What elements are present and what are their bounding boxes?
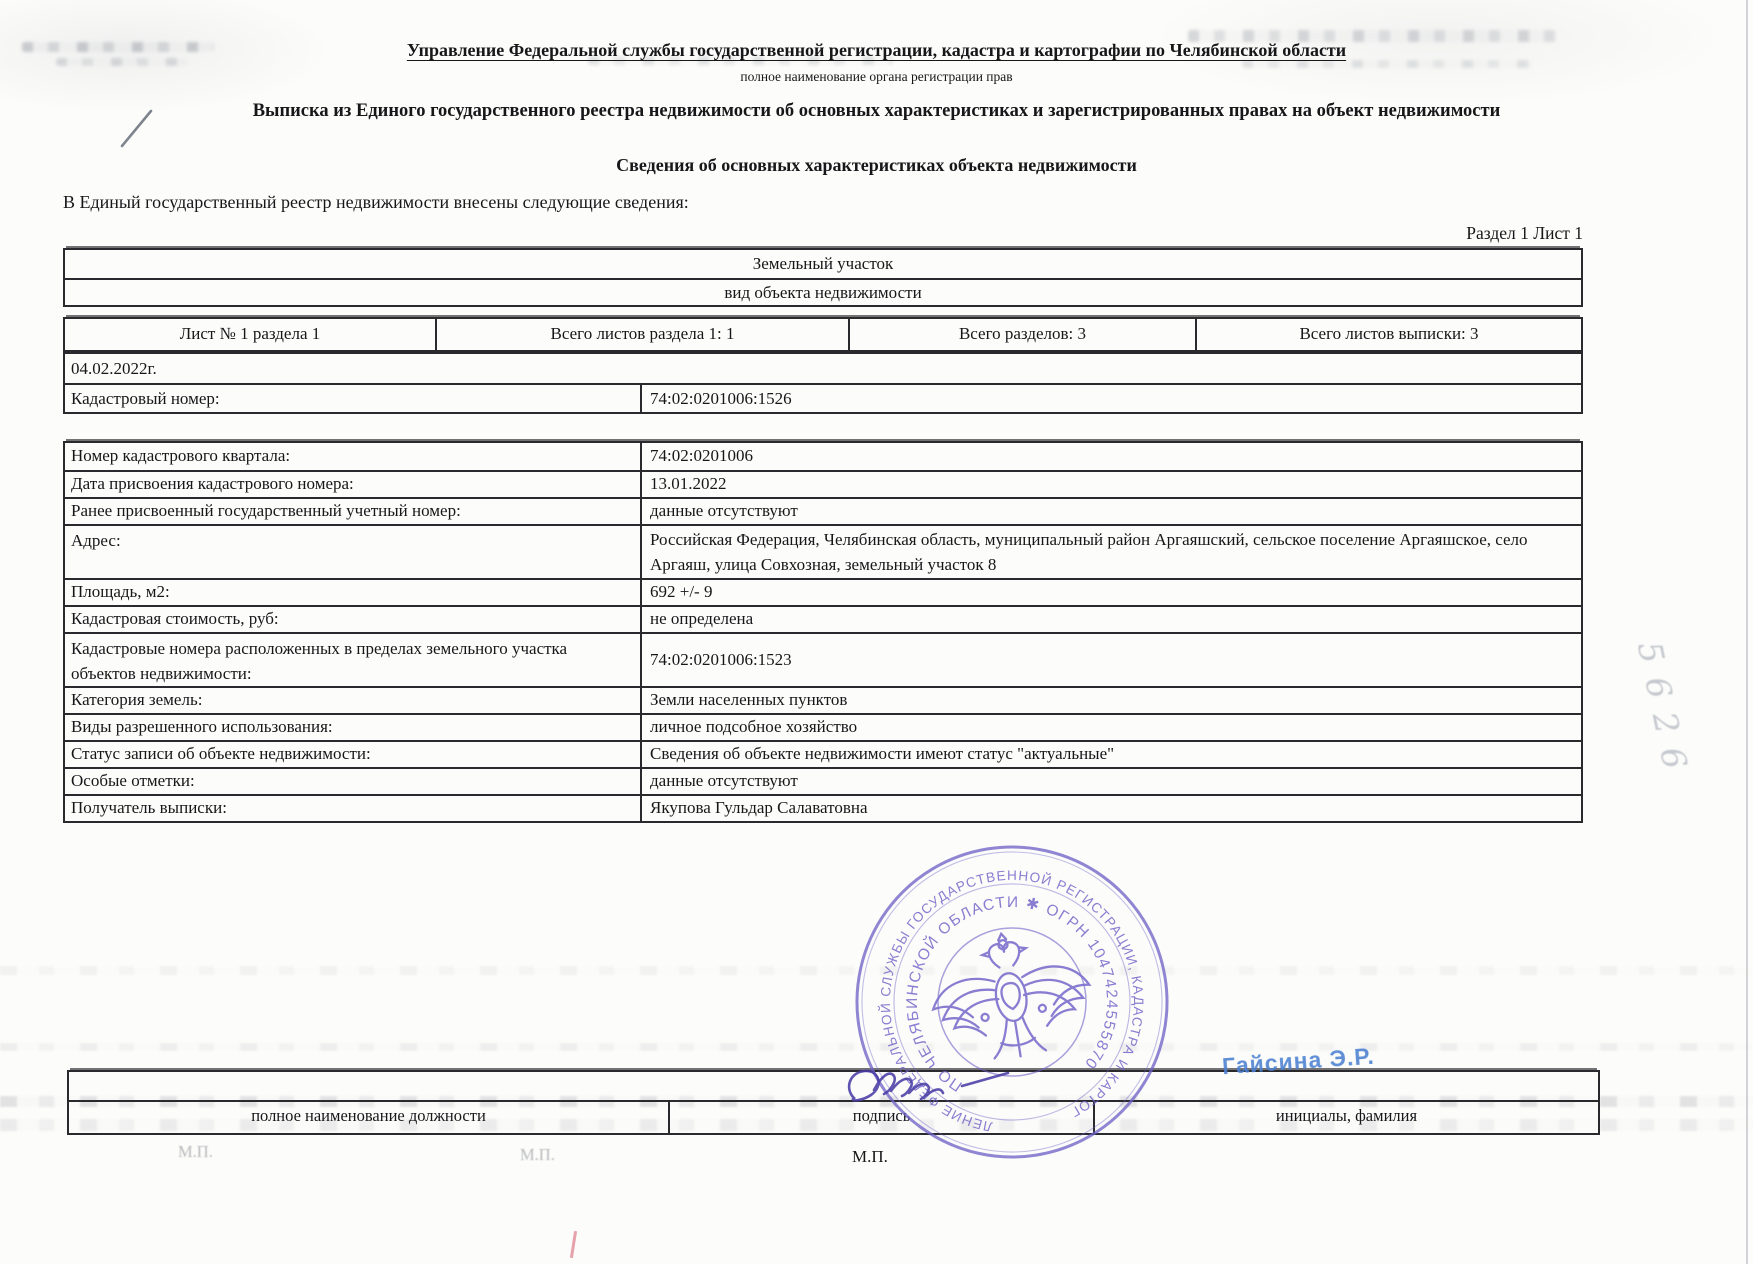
record-date: 04.02.2022г.	[65, 357, 1581, 381]
table-row: Категория земель: Земли населенных пункт…	[65, 686, 1581, 713]
scan-artifact-smudge	[1242, 60, 1532, 68]
row-label: Кадастровые номера расположенных в преде…	[65, 634, 642, 686]
table-row: Площадь, м2: 692 +/- 9	[65, 578, 1581, 605]
org-name-caption: полное наименование органа регистрации п…	[0, 69, 1753, 85]
scanned-document-page: Управление Федеральной службы государств…	[0, 0, 1753, 1264]
double-headed-eagle-icon	[923, 921, 1098, 1068]
table-row: Дата присвоения кадастрового номера: 13.…	[65, 470, 1581, 497]
date-cadastral-table: 04.02.2022г. Кадастровый номер: 74:02:02…	[63, 352, 1583, 414]
org-name-title: Управление Федеральной службы государств…	[0, 40, 1753, 61]
row-label: Особые отметки:	[65, 769, 642, 794]
handwritten-page-number: 5626	[1630, 638, 1698, 787]
section-sheet-label: Раздел 1 Лист 1	[1466, 223, 1583, 244]
doc-title: Выписка из Единого государственного реес…	[0, 101, 1753, 122]
row-value: личное подсобное хозяйство	[642, 713, 1581, 742]
row-label: Дата присвоения кадастрового номера:	[65, 472, 642, 497]
cadastral-number-row: Кадастровый номер: 74:02:0201006:1526	[65, 383, 1581, 412]
row-value: Российская Федерация, Челябинская област…	[642, 525, 1581, 579]
row-label: Категория земель:	[65, 688, 642, 713]
pencil-check-mark-icon	[118, 105, 158, 151]
row-label: Ранее присвоенный государственный учетны…	[65, 499, 642, 524]
scan-artifact-page-edge	[1746, 0, 1748, 1264]
cadastral-number-label: Кадастровый номер:	[65, 385, 642, 412]
row-value: Земли населенных пунктов	[642, 686, 1581, 715]
sheet-cell: Всего листов выписки: 3	[1195, 319, 1581, 350]
signature-autograph	[838, 1058, 1048, 1120]
row-value: Якупова Гульдар Салаватовна	[642, 794, 1581, 823]
table-row: Статус записи об объекте недвижимости: С…	[65, 740, 1581, 767]
row-value: 74:02:0201006:1523	[642, 645, 1581, 675]
official-round-seal: УПРАВЛЕНИЕ ФЕДЕРАЛЬНОЙ СЛУЖБЫ ГОСУДАРСТВ…	[845, 845, 1179, 1179]
signature-table: полное наименование должности подпись ин…	[67, 1070, 1600, 1135]
record-date-row: 04.02.2022г.	[65, 354, 1581, 383]
row-label: Кадастровая стоимость, руб:	[65, 607, 642, 632]
table-row: Виды разрешенного использования: личное …	[65, 713, 1581, 740]
row-label: Получатель выписки:	[65, 796, 642, 821]
signature-caption-row: полное наименование должности подпись ин…	[69, 1100, 1598, 1133]
row-label: Номер кадастрового квартала:	[65, 443, 642, 470]
row-value: данные отсутствуют	[642, 767, 1581, 796]
table-row: Номер кадастрового квартала: 74:02:02010…	[65, 443, 1581, 470]
scan-artifact-red-mark	[570, 1231, 577, 1258]
row-label: Площадь, м2:	[65, 580, 642, 605]
object-type-table: Земельный участок вид объекта недвижимос…	[63, 248, 1583, 307]
cadastral-number-value: 74:02:0201006:1526	[642, 387, 1581, 411]
table-row: Адрес: Российская Федерация, Челябинская…	[65, 524, 1581, 578]
table-row: Кадастровая стоимость, руб: не определен…	[65, 605, 1581, 632]
sheet-cell: Всего листов раздела 1: 1	[435, 319, 848, 350]
stamp-place-mark-ghost: М.П.	[520, 1145, 555, 1165]
caption-position: полное наименование должности	[69, 1102, 670, 1133]
stamp-place-mark-ghost: М.П.	[178, 1142, 213, 1162]
table-row: Получатель выписки: Якупова Гульдар Сала…	[65, 794, 1581, 821]
sheets-info-table: Лист № 1 раздела 1 Всего листов раздела …	[63, 317, 1583, 352]
object-type-caption: вид объекта недвижимости	[65, 278, 1581, 305]
row-label: Адрес:	[65, 526, 642, 578]
details-table: Номер кадастрового квартала: 74:02:02010…	[63, 441, 1583, 823]
section-subtitle: Сведения об основных характеристиках объ…	[0, 155, 1753, 176]
row-label: Статус записи об объекте недвижимости:	[65, 742, 642, 767]
row-value: 13.01.2022	[642, 470, 1581, 499]
sheet-cell: Лист № 1 раздела 1	[65, 319, 435, 350]
object-type-value: Земельный участок	[65, 250, 1581, 278]
table-row: Ранее присвоенный государственный учетны…	[65, 497, 1581, 524]
row-value: данные отсутствуют	[642, 497, 1581, 526]
signature-row-blank	[69, 1072, 1598, 1100]
row-value: 74:02:0201006	[642, 442, 1581, 471]
row-label: Виды разрешенного использования:	[65, 715, 642, 740]
row-value: Сведения об объекте недвижимости имеют с…	[642, 740, 1581, 769]
intro-line: В Единый государственный реестр недвижим…	[63, 192, 689, 213]
row-value: не определена	[642, 605, 1581, 634]
table-row: Особые отметки: данные отсутствуют	[65, 767, 1581, 794]
table-row: Кадастровые номера расположенных в преде…	[65, 632, 1581, 686]
row-value: 692 +/- 9	[642, 578, 1581, 607]
sheet-cell: Всего разделов: 3	[848, 319, 1195, 350]
